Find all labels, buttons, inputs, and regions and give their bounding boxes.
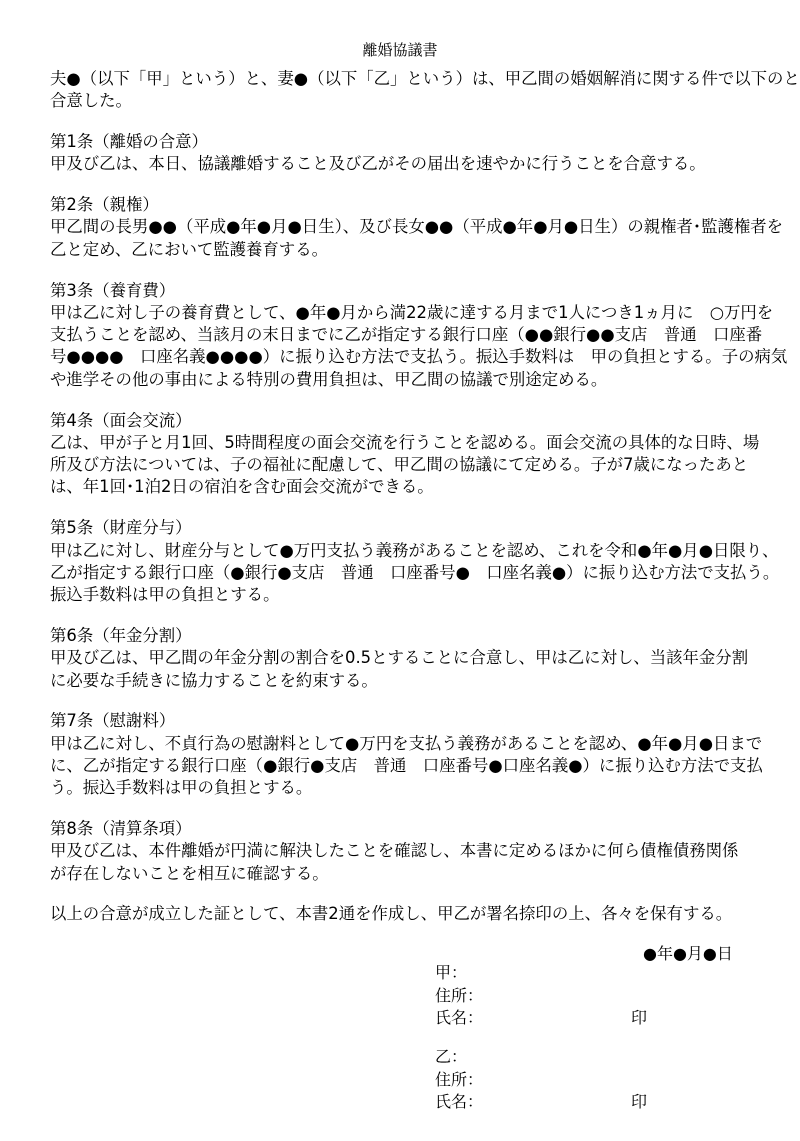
closing-statement: 以上の合意が成立した証として、本書2通を作成し、甲乙が署名捺印の上、各々を保有す… xyxy=(50,903,760,925)
article-line: 甲及び乙は、甲乙間の年金分割の割合を0.5とすることに合意し、甲は乙に対し、当該… xyxy=(50,647,760,669)
article-line: 所及び方法については、子の福祉に配慮して、甲乙間の協議にて定める。子が7歳になっ… xyxy=(50,454,760,476)
article-line: 甲及び乙は、本件離婚が円満に解決したことを確認し、本書に定めるほかに何ら債権債務… xyxy=(50,840,760,862)
address-row: 住所： xyxy=(435,985,483,1008)
article-heading: 第6条（年金分割） xyxy=(50,625,760,647)
article-line: 乙が指定する銀行口座（●銀行●支店 普通 口座番号● 口座名義●）に振り込む方法… xyxy=(50,562,760,584)
article-line: う。振込手数料は甲の負担とする。 xyxy=(50,777,760,799)
preamble: 夫●（以下「甲」という）と、妻●（以下「乙」という）は、甲乙間の婚姻解消に関する… xyxy=(50,68,760,113)
address-label: 住所： xyxy=(435,986,483,1005)
article-line: は、年1回･1泊2日の宿泊を含む面会交流ができる。 xyxy=(50,476,760,498)
party-label: 乙： xyxy=(435,1046,483,1069)
article-line: が存在しないことを相互に確認する。 xyxy=(50,863,760,885)
article-2: 第2条（親権） 甲乙間の長男●●（平成●年●月●日生）、及び長女●●（平成●年●… xyxy=(50,194,760,261)
article-line: 甲は乙に対し、不貞行為の慰謝料として●万円を支払う義務があることを認め、●年●月… xyxy=(50,733,760,755)
seal-mark: 印 xyxy=(631,1007,647,1030)
article-line: 甲及び乙は、本日、協議離婚すること及び乙がその届出を速やかに行うことを合意する。 xyxy=(50,153,760,175)
party-label: 甲： xyxy=(435,962,483,985)
article-line: に必要な手続きに協力することを約束する。 xyxy=(50,670,760,692)
article-line: 甲は乙に対し子の養育費として、●年●月から満22歳に達する月まで1人につき1ヵ月… xyxy=(50,302,760,324)
closing-line: 以上の合意が成立した証として、本書2通を作成し、甲乙が署名捺印の上、各々を保有す… xyxy=(50,903,760,925)
party-b-label: 乙： xyxy=(435,1047,467,1066)
signature-block-party-a: 甲： 住所： 氏名： 印 xyxy=(435,962,483,1030)
article-5: 第5条（財産分与） 甲は乙に対し、財産分与として●万円支払う義務があることを認め… xyxy=(50,517,760,606)
article-line: 乙は、甲が子と月1回、5時間程度の面会交流を行うことを認める。面会交流の具体的な… xyxy=(50,432,760,454)
address-row: 住所： xyxy=(435,1069,483,1092)
preamble-line: 合意した。 xyxy=(50,90,760,112)
article-8: 第8条（清算条項） 甲及び乙は、本件離婚が円満に解決したことを確認し、本書に定め… xyxy=(50,818,760,885)
article-heading: 第5条（財産分与） xyxy=(50,517,760,539)
article-4: 第4条（面会交流） 乙は、甲が子と月1回、5時間程度の面会交流を行うことを認める… xyxy=(50,410,760,499)
article-7: 第7条（慰謝料） 甲は乙に対し、不貞行為の慰謝料として●万円を支払う義務があるこ… xyxy=(50,710,760,799)
article-line: 甲は乙に対し、財産分与として●万円支払う義務があることを認め、これを令和●年●月… xyxy=(50,540,760,562)
address-label: 住所： xyxy=(435,1070,483,1089)
signature-block-party-b: 乙： 住所： 氏名： 印 xyxy=(435,1046,483,1114)
name-row: 氏名： 印 xyxy=(435,1007,483,1030)
name-row: 氏名： 印 xyxy=(435,1091,483,1114)
article-heading: 第8条（清算条項） xyxy=(50,818,760,840)
article-3: 第3条（養育費） 甲は乙に対し子の養育費として、●年●月から満22歳に達する月ま… xyxy=(50,280,760,391)
article-heading: 第3条（養育費） xyxy=(50,280,760,302)
seal-mark: 印 xyxy=(631,1091,647,1114)
document-body: 夫●（以下「甲」という）と、妻●（以下「乙」という）は、甲乙間の婚姻解消に関する… xyxy=(50,68,760,944)
article-line: 甲乙間の長男●●（平成●年●月●日生）、及び長女●●（平成●年●月●日生）の親権… xyxy=(50,216,760,238)
article-line: 支払うことを認め、当該月の末日までに乙が指定する銀行口座（●●銀行●●支店 普通… xyxy=(50,324,760,346)
party-a-label: 甲： xyxy=(435,963,467,982)
name-label: 氏名： xyxy=(435,1092,483,1111)
preamble-line: 夫●（以下「甲」という）と、妻●（以下「乙」という）は、甲乙間の婚姻解消に関する… xyxy=(50,68,760,90)
article-heading: 第1条（離婚の合意） xyxy=(50,131,760,153)
article-6: 第6条（年金分割） 甲及び乙は、甲乙間の年金分割の割合を0.5とすることに合意し… xyxy=(50,625,760,692)
name-label: 氏名： xyxy=(435,1008,483,1027)
article-heading: 第7条（慰謝料） xyxy=(50,710,760,732)
signing-date: ●年●月●日 xyxy=(643,943,733,965)
article-heading: 第2条（親権） xyxy=(50,194,760,216)
article-line: 号●●●● 口座名義●●●●）に振り込む方法で支払う。振込手数料は 甲の負担とす… xyxy=(50,346,760,368)
article-1: 第1条（離婚の合意） 甲及び乙は、本日、協議離婚すること及び乙がその届出を速やか… xyxy=(50,131,760,176)
article-line: や進学その他の事由による特別の費用負担は、甲乙間の協議で別途定める。 xyxy=(50,369,760,391)
article-line: 振込手数料は甲の負担とする。 xyxy=(50,584,760,606)
article-heading: 第4条（面会交流） xyxy=(50,410,760,432)
article-line: 乙と定め、乙において監護養育する。 xyxy=(50,239,760,261)
document-title: 離婚協議書 xyxy=(0,40,800,60)
article-line: に、乙が指定する銀行口座（●銀行●支店 普通 口座番号●口座名義●）に振り込む方… xyxy=(50,755,760,777)
